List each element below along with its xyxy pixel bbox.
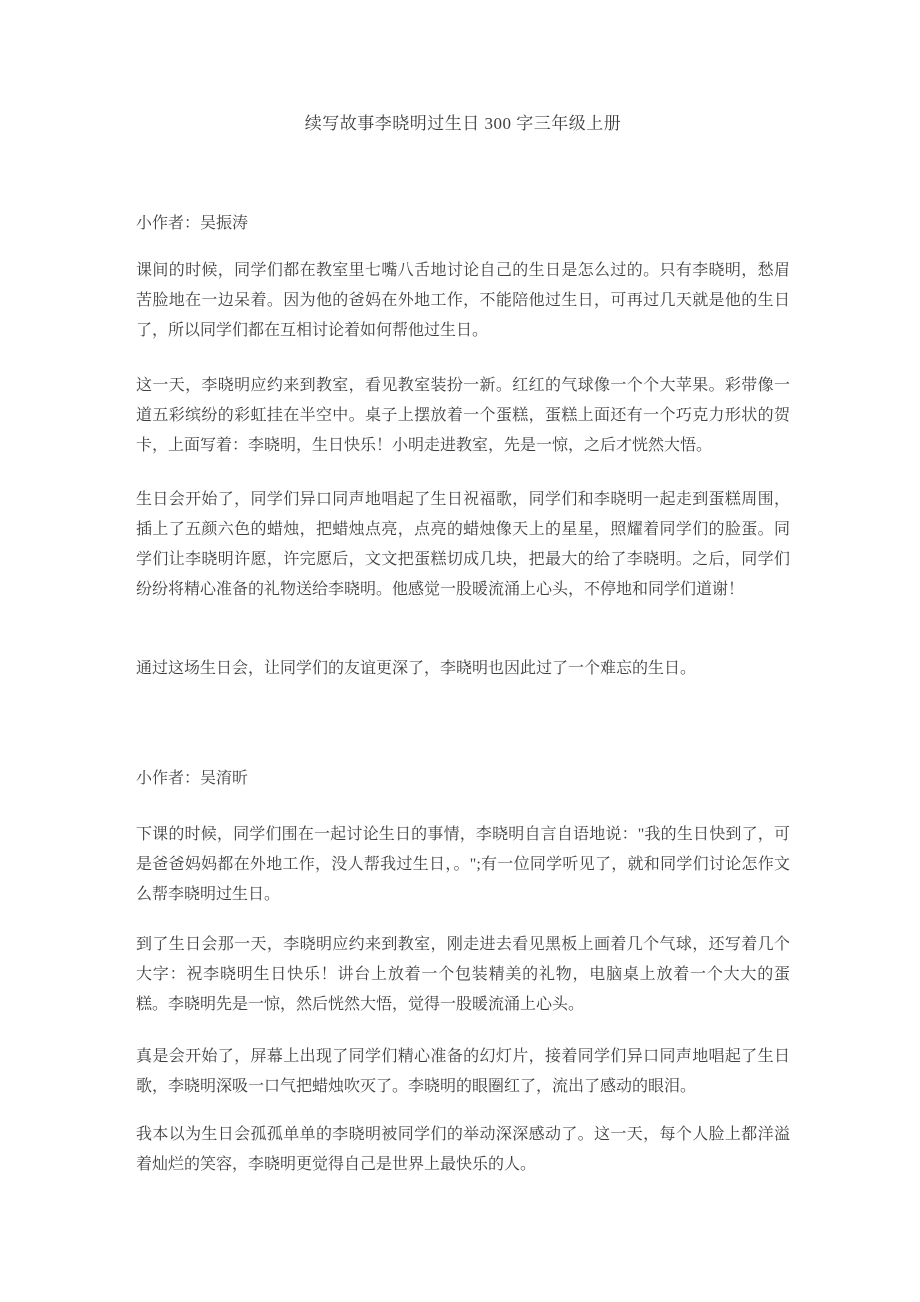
author-byline-2: 小作者：吴淯昕 [136, 764, 790, 794]
document-page: 续写故事李晓明过生日 300 字三年级上册 小作者：吴振涛 课间的时候，同学们都… [0, 0, 920, 1302]
document-title: 续写故事李晓明过生日 300 字三年级上册 [136, 112, 790, 136]
essay1-paragraph-3: 生日会开始了，同学们异口同声地唱起了生日祝福歌，同学们和李晓明一起走到蛋糕周围，… [136, 485, 790, 605]
essay1-paragraph-2: 这一天，李晓明应约来到教室，看见教室装扮一新。红红的气球像一个个大苹果。彩带像一… [136, 371, 790, 461]
author-byline-1: 小作者：吴振涛 [136, 209, 790, 239]
essay2-paragraph-3: 真是会开始了，屏幕上出现了同学们精心准备的幻灯片，接着同学们异口同声地唱起了生日… [136, 1042, 790, 1102]
essay2-paragraph-2: 到了生日会那一天，李晓明应约来到教室，刚走进去看见黑板上画着几个气球，还写着几个… [136, 930, 790, 1020]
essay2-paragraph-1: 下课的时候，同学们围在一起讨论生日的事情，李晓明自言自语地说："我的生日快到了，… [136, 820, 790, 910]
essay2-paragraph-4: 我本以为生日会孤孤单单的李晓明被同学们的举动深深感动了。这一天，每个人脸上都洋溢… [136, 1120, 790, 1180]
essay-section-2: 小作者：吴淯昕 下课的时候，同学们围在一起讨论生日的事情，李晓明自言自语地说："… [136, 764, 790, 1180]
essay1-paragraph-1: 课间的时候，同学们都在教室里七嘴八舌地讨论自己的生日是怎么过的。只有李晓明，愁眉… [136, 256, 790, 346]
essay-section-1: 小作者：吴振涛 课间的时候，同学们都在教室里七嘴八舌地讨论自己的生日是怎么过的。… [136, 209, 790, 684]
essay1-paragraph-4: 通过这场生日会，让同学们的友谊更深了，李晓明也因此过了一个难忘的生日。 [136, 654, 790, 684]
